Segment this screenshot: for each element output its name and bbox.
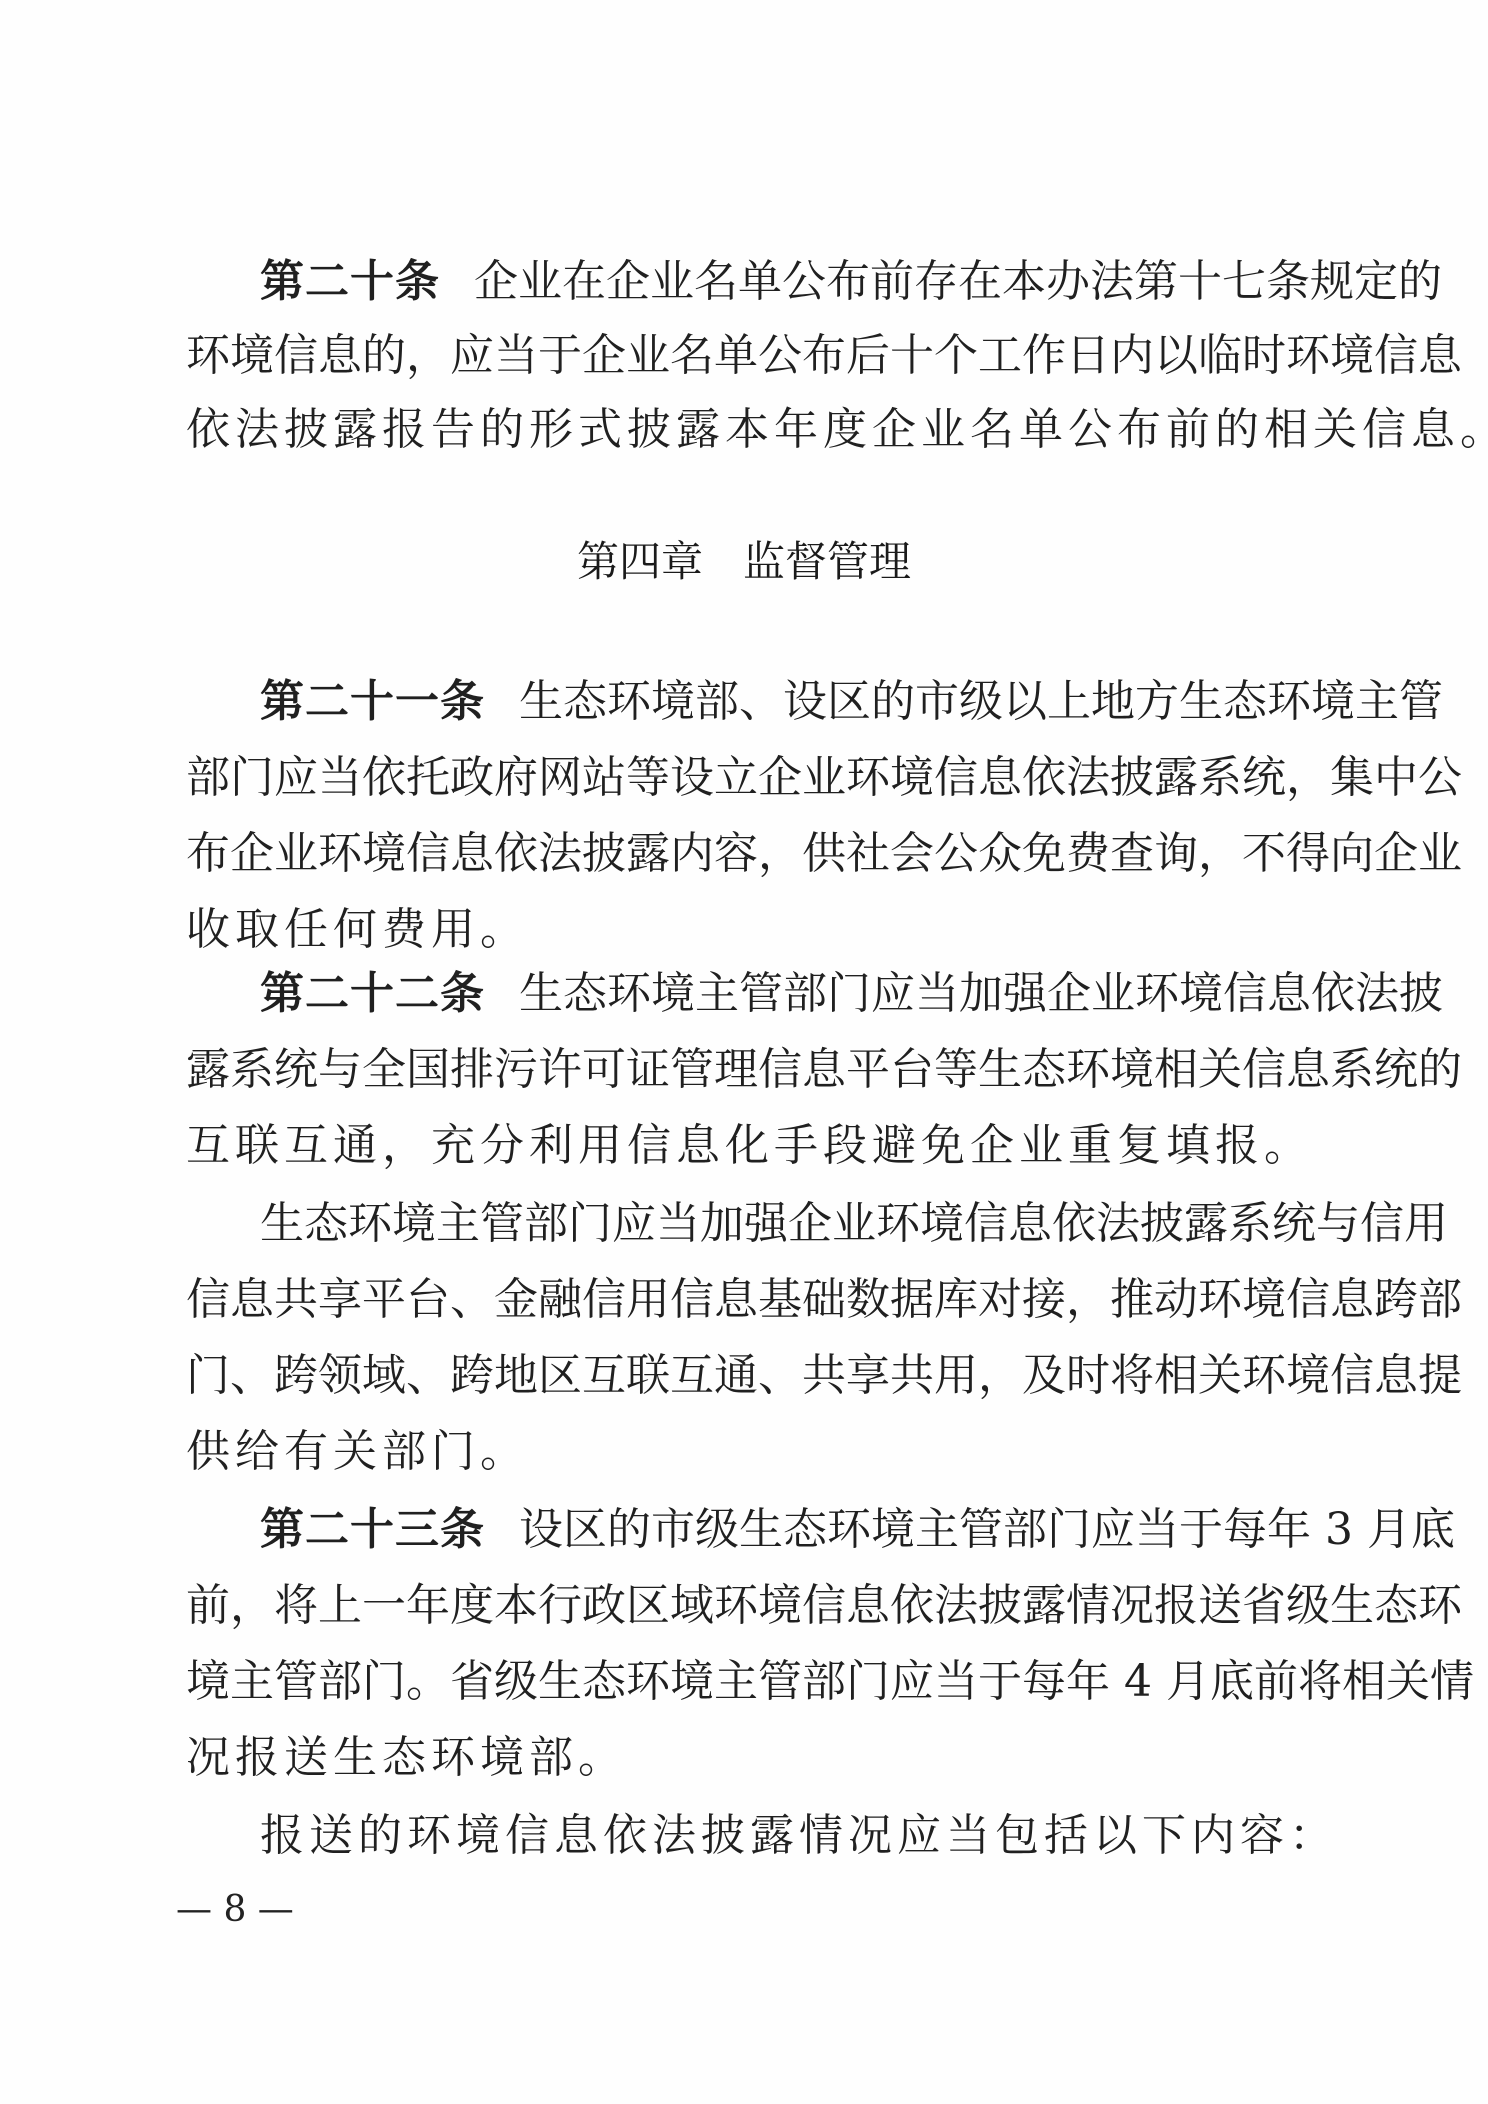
article-22-number: 第二十二条 (260, 968, 485, 1019)
article-21-line-2: 部门应当依托政府网站等设立企业环境信息依法披露系统，集中公 (186, 748, 1296, 808)
article-20-line-3: 依法披露报告的形式披露本年度企业名单公布前的相关信息。 (186, 400, 1296, 460)
chapter-heading: 第四章监督管理 (0, 532, 1488, 592)
article-23-line-1: 第二十三条设区的市级生态环境主管部门应当于每年 3 月底 (260, 1500, 1296, 1560)
article-22-line-1: 第二十二条生态环境主管部门应当加强企业环境信息依法披 (260, 964, 1296, 1024)
chapter-title: 监督管理 (743, 537, 911, 586)
article-20-line-1: 第二十条企业在企业名单公布前存在本办法第十七条规定的 (260, 252, 1296, 312)
chapter-number: 第四章 (577, 537, 703, 586)
article-22-line-2: 露系统与全国排污许可证管理信息平台等生态环境相关信息系统的 (186, 1040, 1296, 1100)
article-20-line-2: 环境信息的，应当于企业名单公布后十个工作日内以临时环境信息 (186, 326, 1296, 386)
article-23-line-2: 前，将上一年度本行政区域环境信息依法披露情况报送省级生态环 (186, 1576, 1296, 1636)
article-23-line-4: 况报送生态环境部。 (186, 1728, 1296, 1788)
article-20-number: 第二十条 (260, 256, 440, 307)
article-22-line-3: 互联互通，充分利用信息化手段避免企业重复填报。 (186, 1116, 1296, 1176)
article-21-line-3: 布企业环境信息依法披露内容，供社会公众免费查询，不得向企业 (186, 824, 1296, 884)
article-22-text-1: 生态环境主管部门应当加强企业环境信息依法披 (519, 968, 1443, 1019)
article-20-text-1: 企业在企业名单公布前存在本办法第十七条规定的 (474, 256, 1442, 307)
article-23-number: 第二十三条 (260, 1504, 485, 1555)
article-21-number: 第二十一条 (260, 676, 485, 727)
article-22-para2-line-2: 信息共享平台、金融信用信息基础数据库对接，推动环境信息跨部 (186, 1270, 1296, 1330)
article-23-line-3: 境主管部门。省级生态环境主管部门应当于每年 4 月底前将相关情 (186, 1652, 1296, 1712)
document-page: 第二十条企业在企业名单公布前存在本办法第十七条规定的 环境信息的，应当于企业名单… (0, 0, 1488, 2104)
article-22-para2-line-1: 生态环境主管部门应当加强企业环境信息依法披露系统与信用 (260, 1194, 1296, 1254)
article-22-para2-line-3: 门、跨领域、跨地区互联互通、共享共用，及时将相关环境信息提 (186, 1346, 1296, 1406)
page-number: — 8 — (176, 1890, 294, 1930)
article-23-text-1: 设区的市级生态环境主管部门应当于每年 3 月底 (519, 1504, 1455, 1555)
article-21-line-1: 第二十一条生态环境部、设区的市级以上地方生态环境主管 (260, 672, 1296, 732)
article-21-text-1: 生态环境部、设区的市级以上地方生态环境主管 (519, 676, 1443, 727)
article-23-para2-line-1: 报送的环境信息依法披露情况应当包括以下内容： (260, 1806, 1296, 1866)
article-22-para2-line-4: 供给有关部门。 (186, 1422, 1296, 1482)
article-21-line-4: 收取任何费用。 (186, 900, 1296, 960)
